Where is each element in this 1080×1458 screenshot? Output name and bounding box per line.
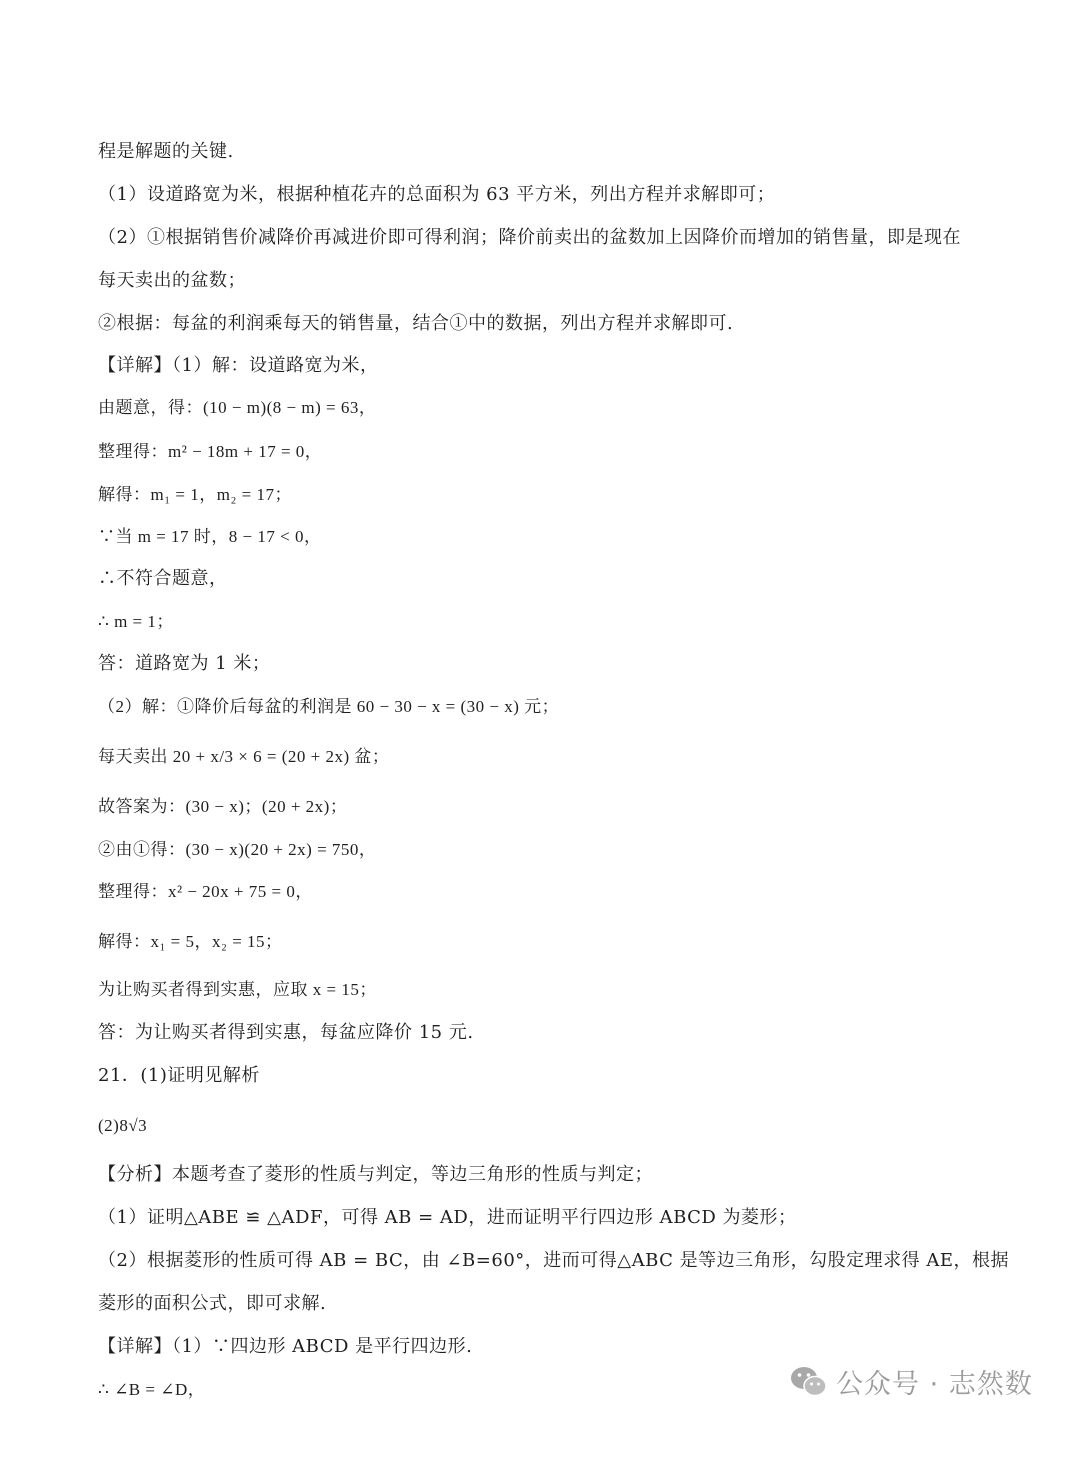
equation-line: 故答案为：(30 − x)；(20 + 2x)； bbox=[98, 795, 347, 819]
text-line: 菱形的面积公式，即可求解. bbox=[98, 1292, 326, 1316]
text-line: （1）设道路宽为米，根据种植花卉的总面积为 63 平方米，列出方程并求解即可； bbox=[98, 183, 775, 207]
section-heading-detail: 【详解】（1）解：设道路宽为米， bbox=[98, 354, 378, 378]
section-heading-detail: 【详解】（1）∵四边形 ABCD 是平行四边形. bbox=[98, 1335, 472, 1359]
equation-line: ∵当 m = 17 时，8 − 17 < 0， bbox=[98, 525, 322, 549]
answer-value: (2)8√3 bbox=[98, 1114, 147, 1138]
text-line: ∴不符合题意， bbox=[98, 567, 228, 591]
wechat-icon bbox=[790, 1365, 828, 1399]
text-line: ②根据：每盆的利润乘每天的销售量，结合①中的数据，列出方程并求解即可. bbox=[98, 312, 733, 336]
section-heading-analysis: 【分析】本题考查了菱形的性质与判定，等边三角形的性质与判定； bbox=[98, 1163, 653, 1187]
text-line: （2）①根据销售价减降价再减进价即可得利润；降价前卖出的盆数加上因降价而增加的销… bbox=[98, 226, 961, 250]
text-line: （2）根据菱形的性质可得 AB = BC，由 ∠B=60°，进而可得△ABC 是… bbox=[98, 1249, 1009, 1273]
question-number: 21．(1)证明见解析 bbox=[98, 1064, 260, 1088]
equation-line: ②由①得：(30 − x)(20 + 2x) = 750， bbox=[98, 838, 376, 862]
text-line: 程是解题的关键. bbox=[98, 140, 234, 164]
equation-line: 每天卖出 20 + x/3 × 6 = (20 + 2x) 盆； bbox=[98, 745, 389, 769]
text-line: 每天卖出的盆数； bbox=[98, 269, 246, 293]
equation-line: 解得：x₁ = 5，x₂ = 15； bbox=[98, 930, 283, 954]
equation-line: 整理得：x² − 20x + 75 = 0， bbox=[98, 880, 313, 904]
answer-line: 答：为让购买者得到实惠，每盆应降价 15 元. bbox=[98, 1021, 474, 1045]
equation-line: 为让购买者得到实惠，应取 x = 15； bbox=[98, 978, 377, 1002]
equation-line: ∴ ∠B = ∠D， bbox=[98, 1378, 205, 1402]
equation-line: 整理得：m² − 18m + 17 = 0， bbox=[98, 440, 322, 464]
answer-line: 答：道路宽为 1 米； bbox=[98, 652, 270, 676]
text-line: （1）证明△ABE ≌ △ADF，可得 AB = AD，进而证明平行四边形 AB… bbox=[98, 1206, 797, 1230]
watermark-text: 公众号 · 志然数 bbox=[836, 1362, 1033, 1401]
equation-line: 由题意，得：(10 − m)(8 − m) = 63， bbox=[98, 396, 376, 420]
equation-line: 解得：m₁ = 1，m₂ = 17； bbox=[98, 483, 292, 507]
watermark: 公众号 · 志然数 bbox=[790, 1362, 1033, 1401]
equation-line: ∴ m = 1； bbox=[98, 610, 174, 634]
equation-line: （2）解：①降价后每盆的利润是 60 − 30 − x = (30 − x) 元… bbox=[98, 695, 559, 719]
